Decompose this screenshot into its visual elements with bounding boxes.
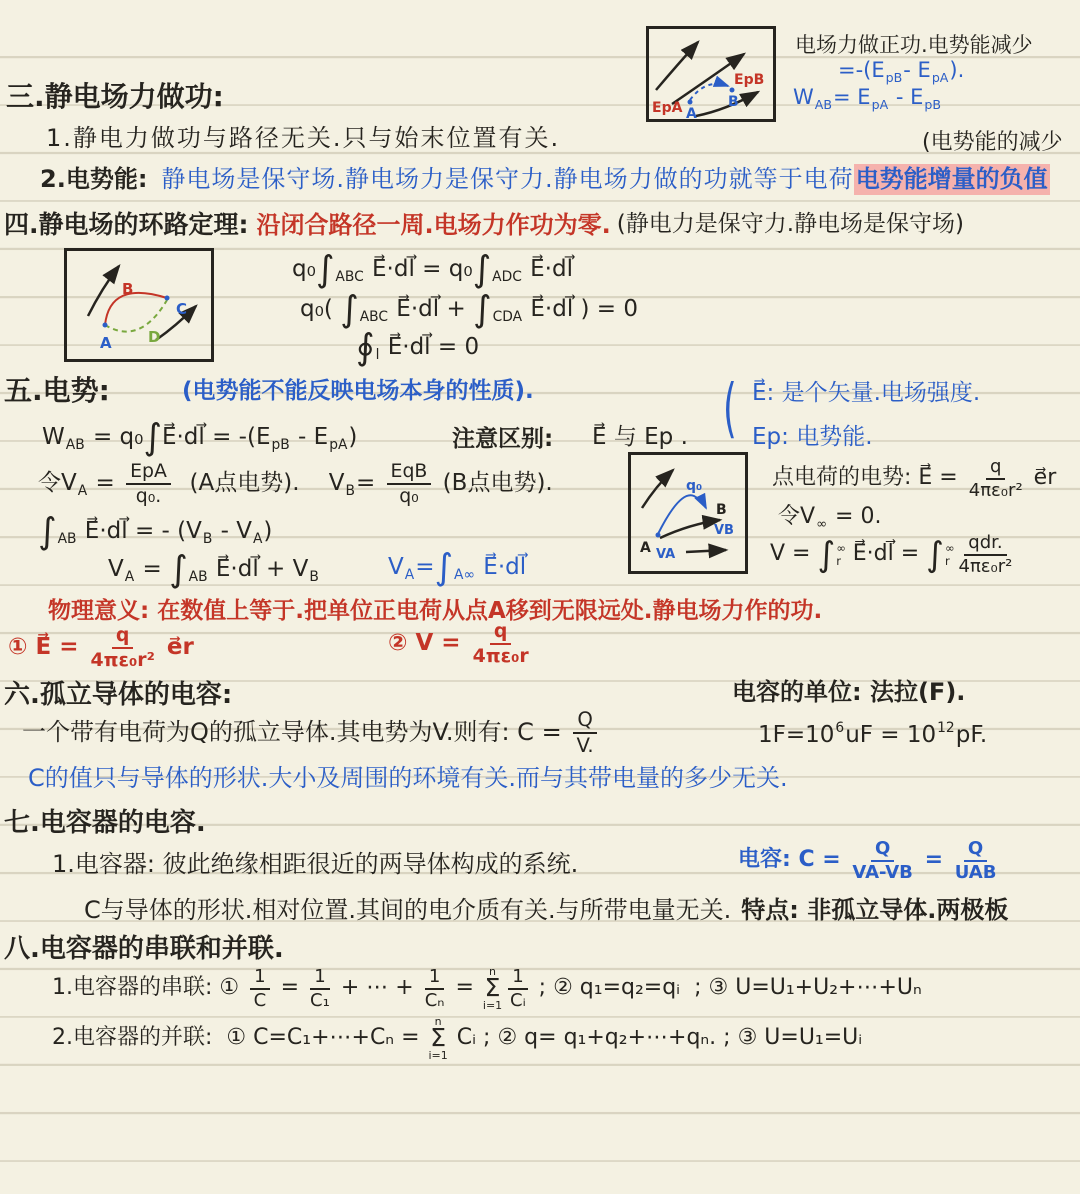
note-energy-eq2: WAB= EpA - EpB (793, 85, 942, 110)
section3-title: 三.静电场力做功: (6, 80, 224, 114)
label-q0: q₀ (686, 478, 702, 494)
label-d: D (148, 328, 160, 346)
note-work-positive: 电场力做正功.电势能减少 (795, 33, 1033, 58)
formula1-red: ① E⃗ = q4πε₀r² e⃗r (8, 624, 194, 671)
capacitance-unit: 电容的单位: 法拉(F). (732, 678, 965, 707)
field-line-arrow (642, 470, 673, 508)
point-a-dot (103, 323, 108, 328)
label-a: A (100, 334, 112, 352)
farad-conversion: 1F=106uF = 1012pF. (758, 722, 987, 750)
integral-ab-equation: ∫AB E⃗·dl⃗ = - (VB - VA) (38, 514, 272, 550)
va-vb-definition: 令VA = EpAq₀. (A点电势). VB= EqBq₀ (B点电势). (38, 460, 553, 507)
label-a: A (640, 540, 651, 556)
potential-energy-text: 静电场是保守场.静电场力是保守力.静电场力做的功就等于电荷 (161, 165, 853, 194)
capacitance-depends-note: C的值只与导体的形状.大小及周围的环境有关.而与其带电量的多少无关. (28, 764, 788, 793)
point-c-dot (165, 296, 170, 301)
field-line-arrow (686, 550, 726, 552)
section8-title: 八.电容器的串联和并联. (4, 934, 284, 965)
va-equation-black: VA = ∫AB E⃗·dl⃗ + VB (108, 552, 320, 588)
handwritten-notes-page: EpA EpB A B 电场力做正功.电势能减少 =-(EpB- EpA). W… (0, 0, 1080, 1194)
va-equation-blue: VA=∫A∞ E⃗·dl⃗ (388, 550, 526, 586)
field-line-arrow (88, 266, 119, 316)
work-positive-diagram: EpA EpB A B (646, 26, 776, 122)
attention-label: 注意区别: (452, 426, 553, 454)
point-b-dot (730, 88, 735, 93)
series-capacitors-equation: 1.电容器的串联: ① 1C = 1C₁ + ⋯ + 1Cₙ = nΣi=11C… (52, 966, 922, 1011)
formula2-red: ② V = q4πε₀r (388, 620, 533, 667)
v-integral-equation: V = ∫∞r E⃗·dl⃗ = ∫∞rqdr.4πε₀r² (770, 532, 1016, 577)
loop-eq2: q₀( ∫ABC E⃗·dl⃗ + ∫CDA E⃗·dl⃗ ) = 0 (300, 292, 638, 328)
side-note-e-vector: E⃗: 是个矢量.电场强度. (752, 380, 980, 408)
point-charge-potential: 点电荷的电势: E⃗ = q4πε₀r² e⃗r (772, 456, 1056, 501)
section5-title: 五.电势: (4, 374, 110, 408)
label-a: A (686, 106, 697, 122)
point-charge-diagram: q₀ B VB A VA (628, 452, 748, 574)
label-c: C (176, 300, 187, 318)
capacitor-depends-text: C与导体的形状.相对位置.其间的电介质有关.与所带电量无关. (84, 896, 731, 925)
path-d-green-dashed (105, 300, 167, 332)
section5-note: (电势能不能反映电场本身的性质). (182, 378, 534, 406)
label-epb: EpB (734, 72, 764, 88)
point-a-dot (688, 100, 693, 105)
wab-equation: WAB = q₀∫E⃗·dl⃗ = -(EpB - EpA) (42, 420, 357, 456)
point-a-dot (656, 533, 661, 538)
section6-title: 六.孤立导体的电容: (4, 680, 232, 711)
loop-eq3: ∮l E⃗·dl⃗ = 0 (356, 330, 479, 366)
side-note-brace: ( (723, 372, 737, 446)
path-b-red (105, 293, 167, 325)
section4-loop-rule-red: 沿闭合路径一周.电场力作功为零. (257, 211, 611, 240)
section7-title: 七.电容器的电容. (4, 808, 206, 839)
side-note-ep: Ep: 电势能. (752, 424, 873, 452)
label-epa: EpA (652, 100, 683, 116)
section4-title: 四.静电场的环路定理: (4, 210, 249, 240)
loop-path-diagram: B D A C (64, 248, 214, 362)
section3-item1: 1.静电力做功与路径无关.只与始末位置有关. (46, 124, 560, 153)
loop-eq1: q₀∫ABC E⃗·dl⃗ = q₀∫ADC E⃗·dl⃗ (292, 252, 573, 288)
label-b: B (122, 280, 133, 298)
field-line-arrow (656, 42, 698, 90)
isolated-conductor-line: 一个带有电荷为Q的孤立导体.其电势为V.则有: C = QV. (22, 708, 601, 757)
note-energy-eq1: =-(EpB- EpA). (838, 58, 964, 83)
diagram-frame (66, 250, 213, 361)
parallel-capacitors-equation: 2.电容器的并联: ① C=C₁+⋯+Cₙ = nΣi=1 Cᵢ ; ② q= … (52, 1016, 862, 1061)
label-b: B (716, 502, 727, 518)
potential-energy-label: 2.电势能: (40, 165, 147, 194)
note-energy-decrease-paren: (电势能的减少 (922, 130, 1063, 156)
field-line-arrow (660, 520, 720, 538)
label-b: B (728, 94, 739, 110)
section4-paren: (静电力是保守力.静电场是保守场) (617, 211, 964, 239)
label-va: VA (656, 547, 675, 562)
field-line-arrow (696, 92, 758, 116)
v-infinity-zero: 令V∞ = 0. (778, 504, 881, 530)
label-vb: VB (714, 523, 734, 538)
capacitance-formula-blue: 电容: C = QVA-VB = QUAB (738, 838, 1000, 883)
potential-energy-highlight: 电势能增量的负值 (854, 164, 1050, 195)
capacitor-definition: 1.电容器: 彼此绝缘相距很近的两导体构成的系统. (52, 850, 578, 879)
capacitor-feature-text: 特点: 非孤立导体.两极板 (741, 896, 1008, 925)
e-vs-ep: E⃗ 与 Ep . (592, 424, 688, 452)
